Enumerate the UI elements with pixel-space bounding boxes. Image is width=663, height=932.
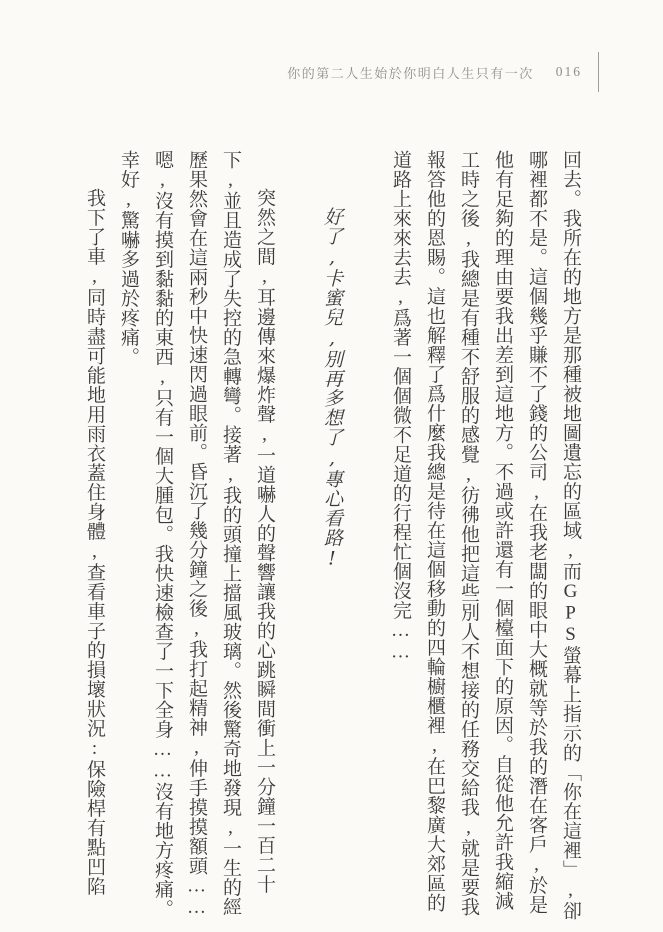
paragraph-continued: 回去。我所在的地方是那種被地圖遺忘的區域,而GPS螢幕上指示的「你在這裡」,卻哪…: [383, 150, 587, 928]
paragraph: 突然之間,耳邊傳來爆炸聲,一道嚇人的聲響讓我的心跳瞬間衝上一分鐘一百二十下,並且…: [111, 150, 281, 928]
paragraph: 我下了車,同時盡可能地用雨衣蓋住身體,查看車子的損壞狀況:保險桿有點凹陷: [77, 150, 111, 928]
book-page: 你的第二人生始於你明白人生只有一次 016 回去。我所在的地方是那種被地圖遺忘的…: [0, 0, 663, 932]
running-title: 你的第二人生始於你明白人生只有一次: [287, 63, 534, 82]
header-divider: [598, 52, 599, 92]
page-number: 016: [556, 64, 582, 80]
page-body: 回去。我所在的地方是那種被地圖遺忘的區域,而GPS螢幕上指示的「你在這裡」,卻哪…: [67, 150, 587, 928]
dialogue-paragraph: 好了,卡蜜兒,別再多想了,專心看路!: [315, 150, 349, 928]
running-header: 你的第二人生始於你明白人生只有一次 016: [287, 52, 599, 92]
